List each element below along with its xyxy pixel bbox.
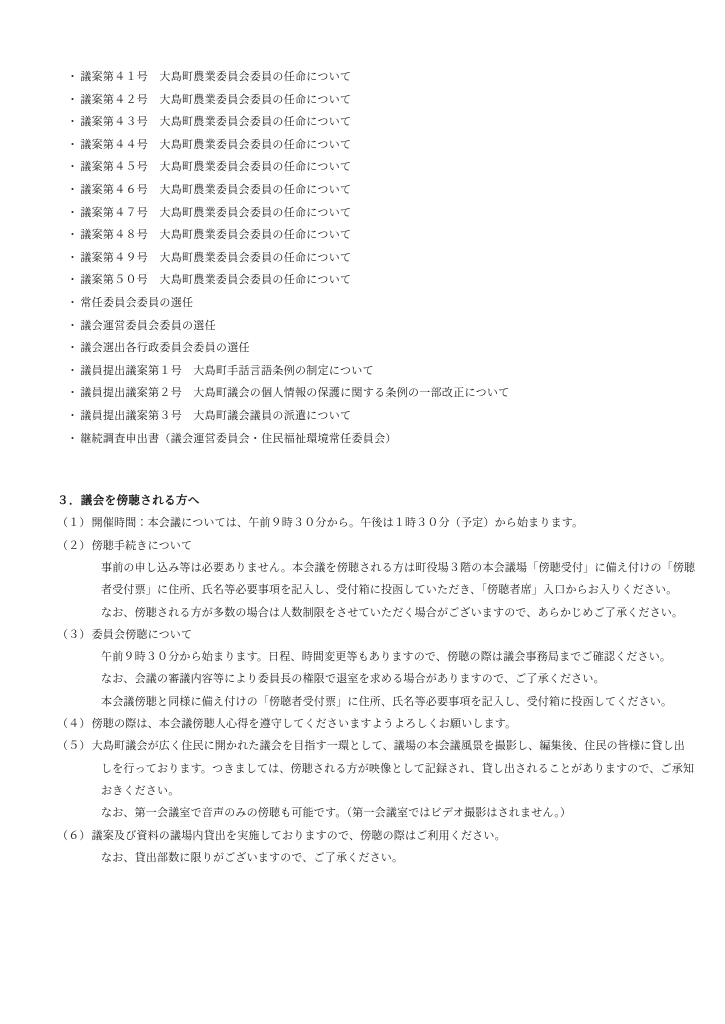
item-number: （５） — [57, 740, 91, 752]
agenda-item: ・議会選出各行政委員会委員の選任 — [67, 337, 668, 360]
bullet-icon: ・ — [67, 184, 78, 196]
bullet-icon: ・ — [67, 71, 78, 83]
agenda-item: ・議案第４１号 大島町農業委員会委員の任命について — [67, 66, 668, 89]
agenda-item-text: 常任委員会委員の選任 — [80, 297, 193, 309]
notice-line: 本会議傍聴と同様に備え付けの「傍聴者受付票」に住所、氏名等必要事項を記入し、受付… — [57, 691, 668, 713]
notice-line: （４）傍聴の際は、本会議傍聴人心得を遵守してくださいますようよろしくお願いします… — [57, 713, 668, 735]
bullet-icon: ・ — [67, 139, 78, 151]
notice-line: （５）大島町議会が広く住民に開かれた議会を目指す一環として、議場の本会議風景を撮… — [57, 735, 668, 757]
agenda-item: ・議案第５０号 大島町農業委員会委員の任命について — [67, 269, 668, 292]
notice-item-2: （２）傍聴手続きについて 事前の申し込み等は必要ありません。本会議を傍聴される方… — [57, 535, 668, 624]
bullet-icon: ・ — [67, 297, 78, 309]
agenda-item-text: 議案第４６号 大島町農業委員会委員の任命について — [80, 184, 351, 196]
agenda-item: ・議案第４３号 大島町農業委員会委員の任命について — [67, 111, 668, 134]
agenda-item-text: 議案第４９号 大島町農業委員会委員の任命について — [80, 252, 351, 264]
agenda-item: ・議案第４４号 大島町農業委員会委員の任命について — [67, 134, 668, 157]
agenda-item: ・議会運営委員会委員の選任 — [67, 315, 668, 338]
agenda-item: ・議案第４５号 大島町農業委員会委員の任命について — [67, 156, 668, 179]
agenda-item: ・常任委員会委員の選任 — [67, 292, 668, 315]
item-number: （４） — [57, 718, 91, 730]
notice-line: おきください。 — [57, 780, 668, 802]
bullet-icon: ・ — [67, 433, 78, 445]
agenda-item: ・議案第４８号 大島町農業委員会委員の任命について — [67, 224, 668, 247]
agenda-item-text: 議会運営委員会委員の選任 — [80, 320, 216, 332]
document-page: ・議案第４１号 大島町農業委員会委員の任命について ・議案第４２号 大島町農業委… — [0, 0, 725, 1024]
notice-line: 午前９時３０分から始まります。日程、時間変更等もありますので、傍聴の際は議会事務… — [57, 646, 668, 668]
notice-line: 事前の申し込み等は必要ありません。本会議を傍聴される方は町役場３階の本会議場「傍… — [57, 557, 668, 579]
bullet-icon: ・ — [67, 342, 78, 354]
spectator-info-section: ３．議会を傍聴される方へ （１）開催時間：本会議については、午前９時３０分から。… — [57, 490, 668, 869]
agenda-item: ・継続調査申出書（議会運営委員会・住民福祉環境常任委員会） — [67, 428, 668, 451]
agenda-item-text: 議員提出議案第３号 大島町議会議員の派遣について — [80, 410, 351, 422]
notice-text: 議案及び資料の議場内貸出を実施しておりますので、傍聴の際はご利用ください。 — [92, 830, 506, 842]
agenda-item: ・議員提出議案第１号 大島町手話言語条例の制定について — [67, 360, 668, 383]
notice-item-4: （４）傍聴の際は、本会議傍聴人心得を遵守してくださいますようよろしくお願いします… — [57, 713, 668, 735]
notice-text: 大島町議会が広く住民に開かれた議会を目指す一環として、議場の本会議風景を撮影し、… — [92, 740, 685, 752]
bullet-icon: ・ — [67, 410, 78, 422]
agenda-item-text: 議案第４５号 大島町農業委員会委員の任命について — [80, 161, 351, 173]
notice-text: 委員会傍聴について — [92, 629, 193, 641]
agenda-item: ・議員提出議案第３号 大島町議会議員の派遣について — [67, 405, 668, 428]
agenda-item: ・議案第４６号 大島町農業委員会委員の任命について — [67, 179, 668, 202]
bullet-icon: ・ — [67, 161, 78, 173]
agenda-item-text: 議案第４８号 大島町農業委員会委員の任命について — [80, 229, 351, 241]
bullet-icon: ・ — [67, 387, 78, 399]
item-number: （１） — [57, 517, 91, 529]
notice-line: しを行っております。つきましては、傍聴される方が映像として記録され、貸し出される… — [57, 758, 668, 780]
notice-item-3: （３）委員会傍聴について 午前９時３０分から始まります。日程、時間変更等もありま… — [57, 624, 668, 713]
notice-line: （３）委員会傍聴について — [57, 624, 668, 646]
section-heading: ３．議会を傍聴される方へ — [57, 490, 668, 512]
bullet-icon: ・ — [67, 252, 78, 264]
agenda-item-text: 議員提出議案第２号 大島町議会の個人情報の保護に関する条例の一部改正について — [80, 387, 509, 399]
bullet-icon: ・ — [67, 274, 78, 286]
notice-item-1: （１）開催時間：本会議については、午前９時３０分から。午後は１時３０分（予定）か… — [57, 512, 668, 534]
agenda-item-text: 議会選出各行政委員会委員の選任 — [80, 342, 250, 354]
notice-text: 傍聴の際は、本会議傍聴人心得を遵守してくださいますようよろしくお願いします。 — [92, 718, 517, 730]
item-number: （２） — [57, 540, 91, 552]
bullet-icon: ・ — [67, 207, 78, 219]
agenda-item-text: 議員提出議案第１号 大島町手話言語条例の制定について — [80, 365, 374, 377]
agenda-item: ・議案第４２号 大島町農業委員会委員の任命について — [67, 89, 668, 112]
bullet-icon: ・ — [67, 94, 78, 106]
agenda-item: ・議案第４９号 大島町農業委員会委員の任命について — [67, 247, 668, 270]
agenda-item-text: 議案第４４号 大島町農業委員会委員の任命について — [80, 139, 351, 151]
notice-line: 者受付票」に住所、氏名等必要事項を記入し、受付箱に投函していただき、「傍聴者席」… — [57, 579, 668, 601]
agenda-item-text: 議案第４７号 大島町農業委員会委員の任命について — [80, 207, 351, 219]
agenda-item: ・議案第４７号 大島町農業委員会委員の任命について — [67, 202, 668, 225]
bullet-icon: ・ — [67, 320, 78, 332]
notice-item-5: （５）大島町議会が広く住民に開かれた議会を目指す一環として、議場の本会議風景を撮… — [57, 735, 668, 824]
item-number: （６） — [57, 830, 91, 842]
agenda-item-text: 議案第４１号 大島町農業委員会委員の任命について — [80, 71, 351, 83]
bullet-icon: ・ — [67, 116, 78, 128]
item-number: （３） — [57, 629, 91, 641]
agenda-list: ・議案第４１号 大島町農業委員会委員の任命について ・議案第４２号 大島町農業委… — [57, 66, 668, 450]
notice-line: なお、第一会議室で音声のみの傍聴も可能です。（第一会議室ではビデオ撮影はされませ… — [57, 802, 668, 824]
notice-item-6: （６）議案及び資料の議場内貸出を実施しておりますので、傍聴の際はご利用ください。… — [57, 825, 668, 870]
notice-line: なお、貸出部数に限りがございますので、ご了承ください。 — [57, 847, 668, 869]
bullet-icon: ・ — [67, 229, 78, 241]
notice-line: （２）傍聴手続きについて — [57, 535, 668, 557]
notice-line: なお、会議の審議内容等により委員長の権限で退室を求める場合がありますので、ご了承… — [57, 668, 668, 690]
notice-text: 傍聴手続きについて — [92, 540, 193, 552]
agenda-item-text: 議案第５０号 大島町農業委員会委員の任命について — [80, 274, 351, 286]
agenda-item-text: 継続調査申出書（議会運営委員会・住民福祉環境常任委員会） — [80, 433, 396, 445]
notice-line: （１）開催時間：本会議については、午前９時３０分から。午後は１時３０分（予定）か… — [57, 512, 668, 534]
bullet-icon: ・ — [67, 365, 78, 377]
notice-line: なお、傍聴される方が多数の場合は人数制限をさせていただく場合がございますので、あ… — [57, 602, 668, 624]
notice-text: 開催時間：本会議については、午前９時３０分から。午後は１時３０分（予定）から始ま… — [92, 517, 584, 529]
agenda-item-text: 議案第４３号 大島町農業委員会委員の任命について — [80, 116, 351, 128]
notice-line: （６）議案及び資料の議場内貸出を実施しておりますので、傍聴の際はご利用ください。 — [57, 825, 668, 847]
agenda-item-text: 議案第４２号 大島町農業委員会委員の任命について — [80, 94, 351, 106]
agenda-item: ・議員提出議案第２号 大島町議会の個人情報の保護に関する条例の一部改正について — [67, 382, 668, 405]
